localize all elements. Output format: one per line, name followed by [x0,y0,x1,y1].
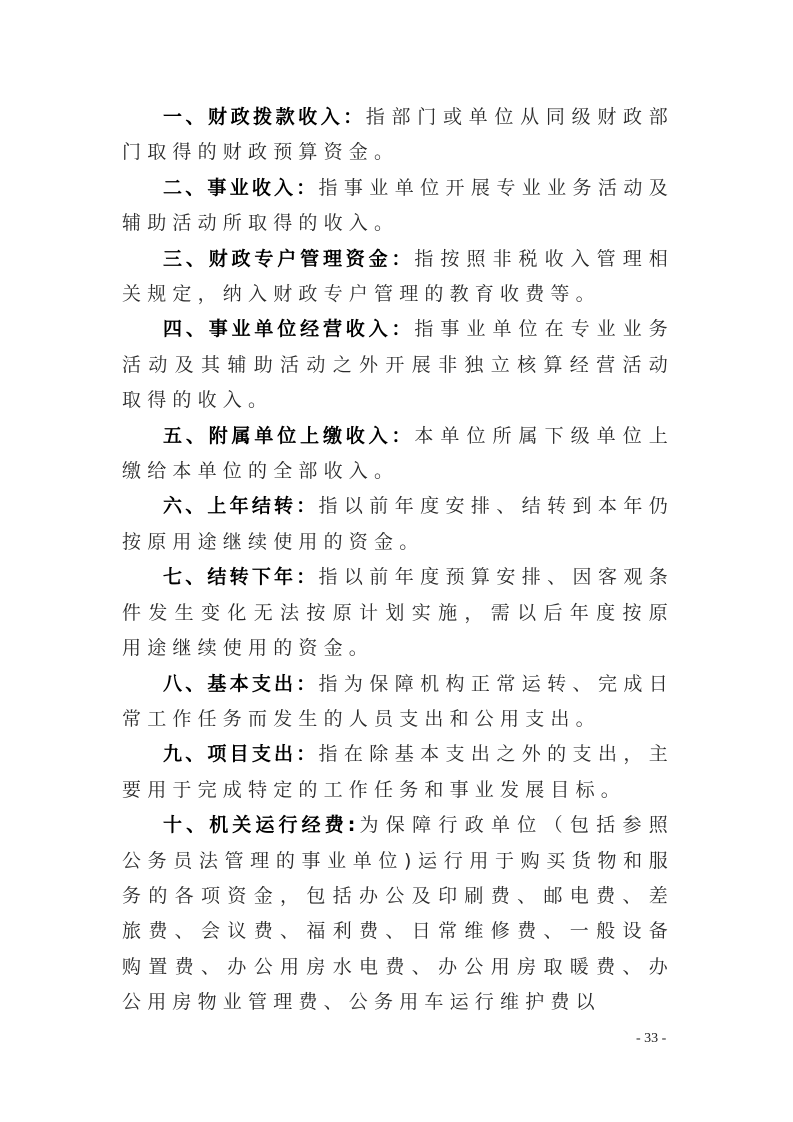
term-label: 六、上年结转： [163,495,318,517]
definition-paragraph-2: 二、事业收入：指事业单位开展专业业务活动及辅助活动所取得的收入。 [122,171,674,242]
definition-paragraph-1: 一、财政拨款收入：指部门或单位从同级财政部门取得的财政预算资金。 [122,100,674,171]
definition-paragraph-5: 五、附属单位上缴收入：本单位所属下级单位上缴给本单位的全部收入。 [122,419,674,490]
term-label: 十、机关运行经费: [163,814,358,836]
term-label: 七、结转下年： [163,566,318,588]
term-label: 八、基本支出： [163,673,318,695]
definition-paragraph-7: 七、结转下年：指以前年度预算安排、因客观条件发生变化无法按原计划实施，需以后年度… [122,560,674,666]
term-label: 二、事业收入： [163,177,318,199]
definition-paragraph-8: 八、基本支出：指为保障机构正常运转、完成日常工作任务而发生的人员支出和公用支出。 [122,667,674,738]
term-definition: 为保障行政单位（包括参照公务员法管理的事业单位)运行用于购买货物和服务的各项资金… [122,814,674,1013]
definition-paragraph-9: 九、项目支出：指在除基本支出之外的支出，主要用于完成特定的工作任务和事业发展目标… [122,737,674,808]
term-label: 三、财政专户管理资金： [163,248,414,270]
definition-paragraph-6: 六、上年结转：指以前年度安排、结转到本年仍按原用途继续使用的资金。 [122,489,674,560]
definition-paragraph-4: 四、事业单位经营收入：指事业单位在专业业务活动及其辅助活动之外开展非独立核算经营… [122,312,674,418]
document-page: 一、财政拨款收入：指部门或单位从同级财政部门取得的财政预算资金。 二、事业收入：… [122,100,674,1021]
page-number: - 33 - [636,1031,666,1047]
definition-paragraph-10: 十、机关运行经费:为保障行政单位（包括参照公务员法管理的事业单位)运行用于购买货… [122,808,674,1020]
term-label: 五、附属单位上缴收入： [163,425,414,447]
term-label: 一、财政拨款收入： [163,106,366,128]
term-label: 四、事业单位经营收入： [163,318,414,340]
definition-paragraph-3: 三、财政专户管理资金：指按照非税收入管理相关规定，纳入财政专户管理的教育收费等。 [122,242,674,313]
term-label: 九、项目支出： [163,743,318,765]
